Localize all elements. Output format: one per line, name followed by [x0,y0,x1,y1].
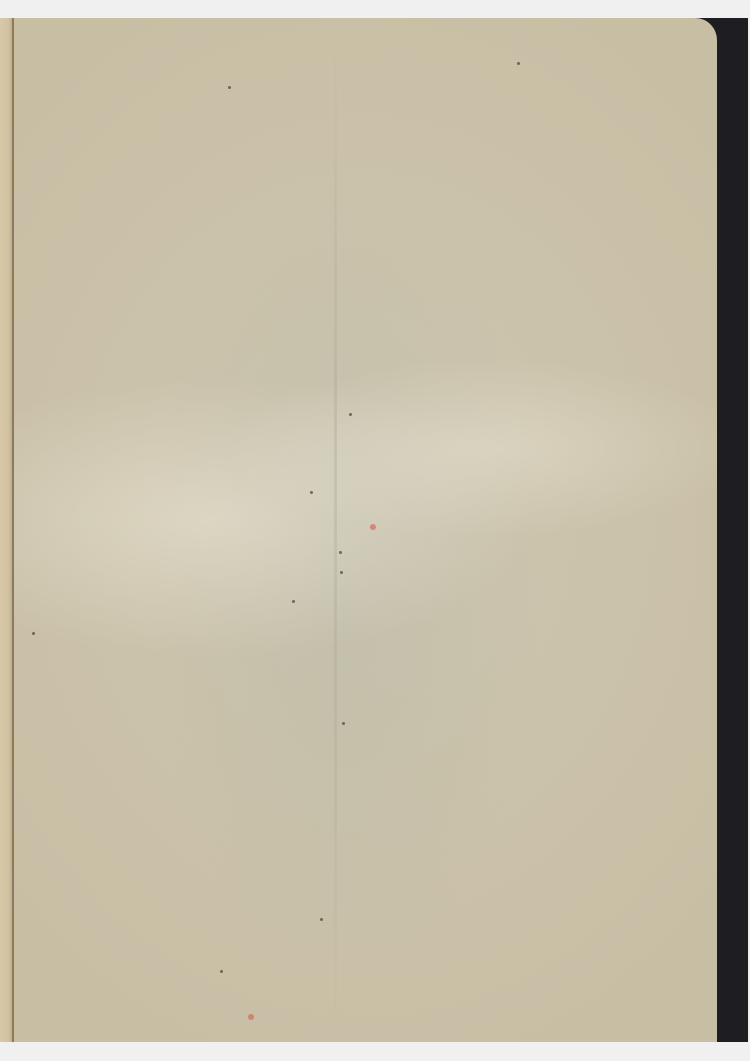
blank-page [14,18,717,1042]
paper-stain [370,524,376,530]
paper-speck [340,571,343,574]
paper-speck [349,413,352,416]
paper-speck [339,551,342,554]
paper-speck [517,62,520,65]
paper-speck [292,600,295,603]
paper-speck [342,722,345,725]
document-viewer [0,18,750,1042]
paper-speck [228,86,231,89]
paper-speck [320,918,323,921]
paper-speck [310,491,313,494]
paper-speck [32,632,35,635]
page-scan [0,18,748,1042]
adjacent-page-edge [0,18,12,1042]
paper-speck [220,970,223,973]
paper-fold-crease [334,18,337,1042]
paper-stain [248,1014,254,1020]
